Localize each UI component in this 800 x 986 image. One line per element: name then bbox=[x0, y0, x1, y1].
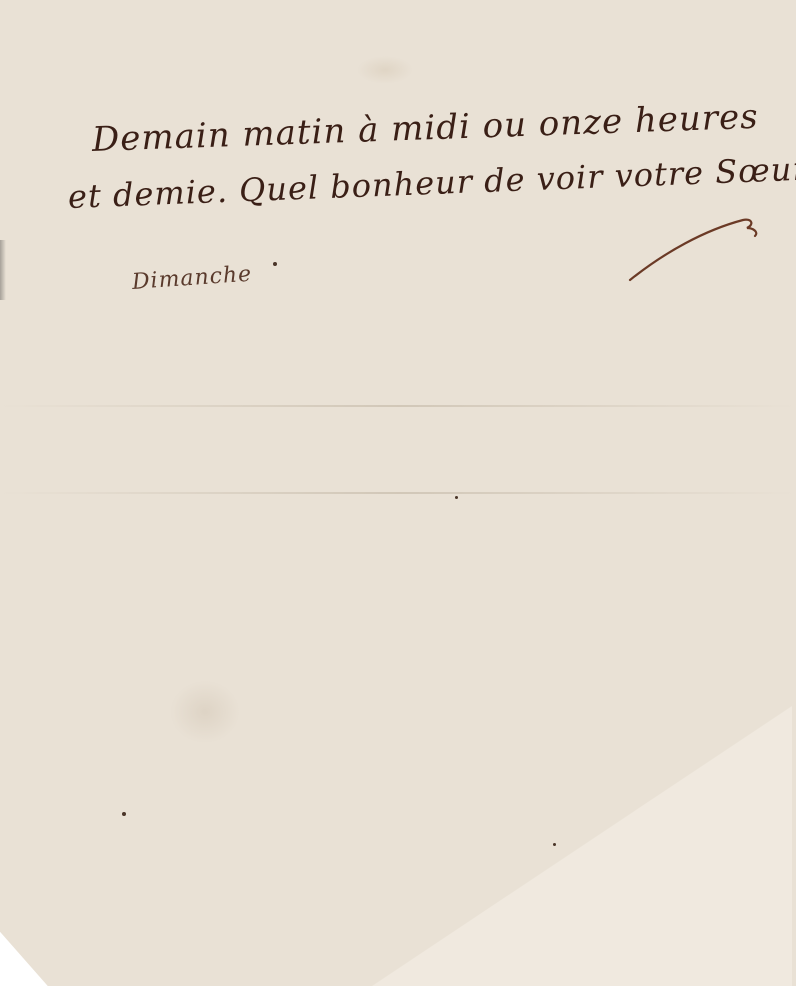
letter-sheet: Demain matin à midi ou onze heures et de… bbox=[0, 0, 796, 986]
left-edge-tear bbox=[0, 240, 6, 300]
horizontal-fold-crease bbox=[0, 405, 796, 407]
letter-line-2: et demie. Quel bonheur de voir votre Sœu… bbox=[67, 149, 800, 216]
signature-flourish-icon bbox=[625, 212, 765, 284]
horizontal-fold-crease bbox=[0, 492, 796, 494]
ink-speck bbox=[122, 812, 126, 816]
letter-dateline: Dimanche bbox=[131, 262, 253, 295]
letter-line-1: Demain matin à midi ou onze heures bbox=[91, 97, 759, 160]
ink-mark bbox=[273, 262, 277, 266]
ink-speck bbox=[553, 843, 556, 846]
folded-corner-panel bbox=[372, 706, 792, 986]
ink-speck bbox=[455, 496, 458, 499]
